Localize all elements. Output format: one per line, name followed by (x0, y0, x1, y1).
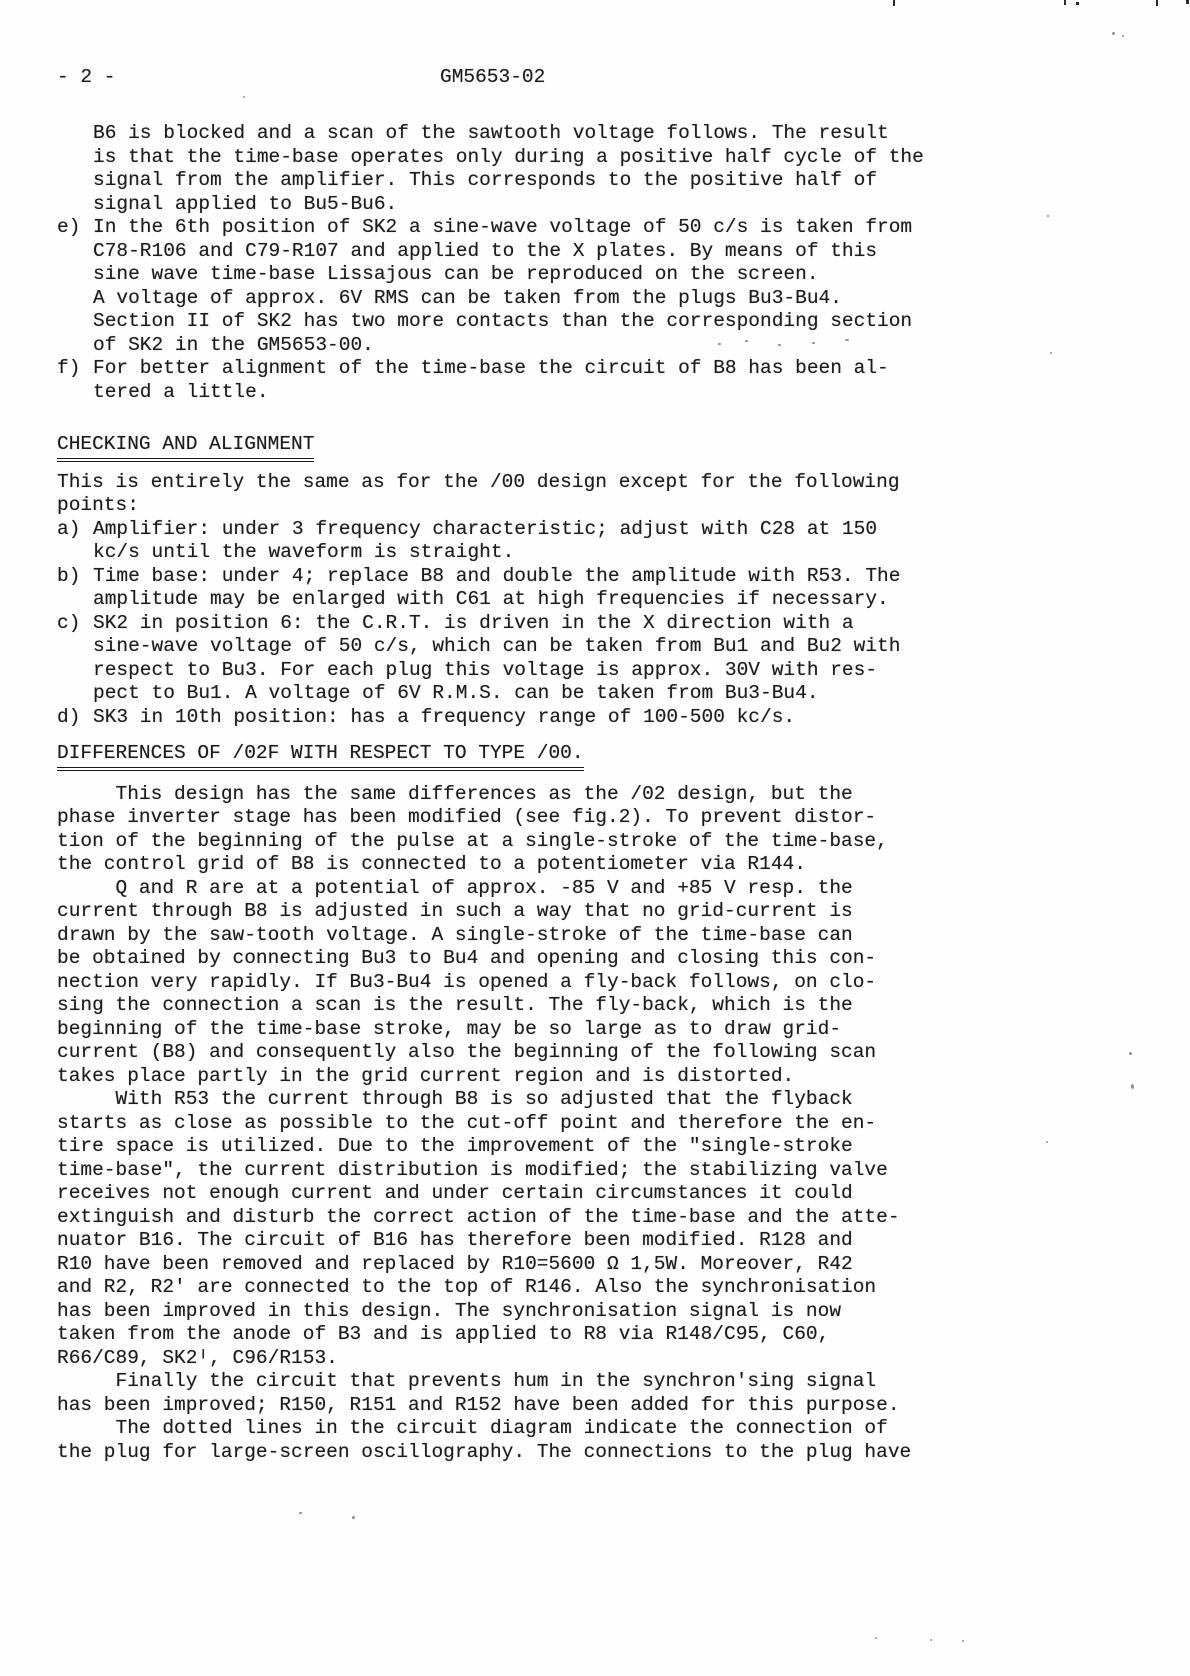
list-item-e: e) In the 6th position of SK2 a sine-wav… (57, 216, 1160, 357)
scan-tick (1156, 0, 1158, 6)
heading-underlined-text: CHECKING AND ALIGNMENT (57, 433, 314, 462)
text-line: pect to Bu1. A voltage of 6V R.M.S. can … (93, 682, 900, 706)
text-line: tered a little. (93, 381, 889, 405)
text-line: sing the connection a scan is the result… (57, 994, 1160, 1018)
text-line: C78-R106 and C79-R107 and applied to the… (93, 240, 912, 264)
text-line: has been improved; R150, R151 and R152 h… (57, 1394, 1160, 1418)
list-item-lines: SK3 in 10th position: has a frequency ra… (93, 706, 795, 730)
text-line: drawn by the saw-tooth voltage. A single… (57, 924, 1160, 948)
list-item-c: c) SK2 in position 6: the C.R.T. is driv… (57, 612, 1160, 706)
scan-speckle (352, 1516, 355, 1519)
scan-tick (893, 0, 895, 6)
text-line: the plug for large-screen oscillography.… (57, 1441, 1160, 1465)
paragraph: Finally the circuit that prevents hum in… (57, 1370, 1160, 1417)
scan-speckle (243, 96, 245, 98)
list-item-lines: In the 6th position of SK2 a sine-wave v… (93, 216, 912, 357)
text-line: points: (57, 494, 1160, 518)
text-line: A voltage of approx. 6V RMS can be taken… (93, 287, 912, 311)
text-line: respect to Bu3. For each plug this volta… (93, 659, 900, 683)
text-line: of SK2 in the GM5653-00. (93, 334, 912, 358)
page-number: - 2 - (57, 66, 116, 90)
list-marker: c) (57, 612, 93, 636)
text-line: R10 have been removed and replaced by R1… (57, 1253, 1160, 1277)
text-line: starts as close as possible to the cut-o… (57, 1112, 1160, 1136)
text-line: signal from the amplifier. This correspo… (93, 169, 924, 193)
text-line: Section II of SK2 has two more contacts … (93, 310, 912, 334)
text-line: has been improved in this design. The sy… (57, 1300, 1160, 1324)
scan-tick (1076, 2, 1079, 5)
list-marker: a) (57, 518, 93, 542)
list-marker: f) (57, 357, 93, 381)
list-item-lines: SK2 in position 6: the C.R.T. is driven … (93, 612, 900, 706)
text-line: Amplifier: under 3 frequency characteris… (93, 518, 877, 542)
text-line: With R53 the current through B8 is so ad… (57, 1088, 1160, 1112)
text-line: extinguish and disturb the correct actio… (57, 1206, 1160, 1230)
text-line: Finally the circuit that prevents hum in… (57, 1370, 1160, 1394)
text-line: nuator B16. The circuit of B16 has there… (57, 1229, 1160, 1253)
text-line: In the 6th position of SK2 a sine-wave v… (93, 216, 912, 240)
text-line: phase inverter stage has been modified (… (57, 806, 1160, 830)
scan-speckle (875, 1637, 877, 1639)
scanned-document-page: - 2 - GM5653-02 B6 is blocked and a scan… (0, 0, 1190, 1676)
scan-speckle (1122, 35, 1124, 37)
scan-speckle (930, 1639, 932, 1641)
text-line: current through B8 is adjusted in such a… (57, 900, 1160, 924)
text-line: SK2 in position 6: the C.R.T. is driven … (93, 612, 900, 636)
text-line: The dotted lines in the circuit diagram … (57, 1417, 1160, 1441)
text-line: signal applied to Bu5-Bu6. (93, 193, 924, 217)
text-line: time-base", the current distribution is … (57, 1159, 1160, 1183)
paragraph: With R53 the current through B8 is so ad… (57, 1088, 1160, 1370)
text-line: SK3 in 10th position: has a frequency ra… (93, 706, 795, 730)
text-line: This is entirely the same as for the /00… (57, 471, 1160, 495)
list-item-lines: Time base: under 4; replace B8 and doubl… (93, 565, 900, 612)
paragraph: This design has the same differences as … (57, 783, 1160, 877)
paragraph: Q and R are at a potential of approx. -8… (57, 877, 1160, 1089)
list-marker: d) (57, 706, 93, 730)
text-line: Time base: under 4; replace B8 and doubl… (93, 565, 900, 589)
list-item-lines: Amplifier: under 3 frequency characteris… (93, 518, 877, 565)
scan-speckle (299, 1512, 302, 1514)
text-line: taken from the anode of B3 and is applie… (57, 1323, 1160, 1347)
paragraph: The dotted lines in the circuit diagram … (57, 1417, 1160, 1464)
list-marker: b) (57, 565, 93, 589)
scan-speckle (962, 1640, 964, 1642)
text-line: amplitude may be enlarged with C61 at hi… (93, 588, 900, 612)
text-line: This design has the same differences as … (57, 783, 1160, 807)
text-line: and R2, R2' are connected to the top of … (57, 1276, 1160, 1300)
text-line: is that the time-base operates only duri… (93, 146, 924, 170)
list-item-d: d) SK3 in 10th position: has a frequency… (57, 706, 1160, 730)
page-header: - 2 - GM5653-02 (0, 66, 1190, 92)
text-line: B6 is blocked and a scan of the sawtooth… (93, 122, 924, 146)
scan-tick (1186, 0, 1189, 4)
section-heading-differences: DIFFERENCES OF /02F WITH RESPECT TO TYPE… (57, 742, 1160, 771)
text-line: R66/C89, SK2ᴵ, C96/R153. (57, 1347, 1160, 1371)
document-body: B6 is blocked and a scan of the sawtooth… (57, 122, 1160, 1464)
text-line: For better alignment of the time-base th… (93, 357, 889, 381)
scan-speckle (1112, 32, 1115, 35)
list-item-lines: For better alignment of the time-base th… (93, 357, 889, 404)
text-line: takes place partly in the grid current r… (57, 1065, 1160, 1089)
document-number: GM5653-02 (440, 66, 545, 90)
text-line: Q and R are at a potential of approx. -8… (57, 877, 1160, 901)
text-line: receives not enough current and under ce… (57, 1182, 1160, 1206)
text-line: kc/s until the waveform is straight. (93, 541, 877, 565)
text-line: current (B8) and consequently also the b… (57, 1041, 1160, 1065)
list-item-b: b) Time base: under 4; replace B8 and do… (57, 565, 1160, 612)
text-line: sine wave time-base Lissajous can be rep… (93, 263, 912, 287)
text-line: sine-wave voltage of 50 c/s, which can b… (93, 635, 900, 659)
text-line: nection very rapidly. If Bu3-Bu4 is open… (57, 971, 1160, 995)
text-line: beginning of the time-base stroke, may b… (57, 1018, 1160, 1042)
text-line: tion of the beginning of the pulse at a … (57, 830, 1160, 854)
list-item-a: a) Amplifier: under 3 frequency characte… (57, 518, 1160, 565)
section-heading-checking-and-alignment: CHECKING AND ALIGNMENT (57, 433, 1160, 462)
text-line: be obtained by connecting Bu3 to Bu4 and… (57, 947, 1160, 971)
paragraph-lines: B6 is blocked and a scan of the sawtooth… (93, 122, 924, 216)
text-line: the control grid of B8 is connected to a… (57, 853, 1160, 877)
scan-tick (1064, 0, 1066, 5)
heading-underlined-text: DIFFERENCES OF /02F WITH RESPECT TO TYPE… (57, 742, 584, 771)
list-marker: e) (57, 216, 93, 240)
paragraph-intro: B6 is blocked and a scan of the sawtooth… (57, 122, 1160, 216)
text-line: tire space is utilized. Due to the impro… (57, 1135, 1160, 1159)
list-item-f: f) For better alignment of the time-base… (57, 357, 1160, 404)
section-intro: This is entirely the same as for the /00… (57, 471, 1160, 518)
